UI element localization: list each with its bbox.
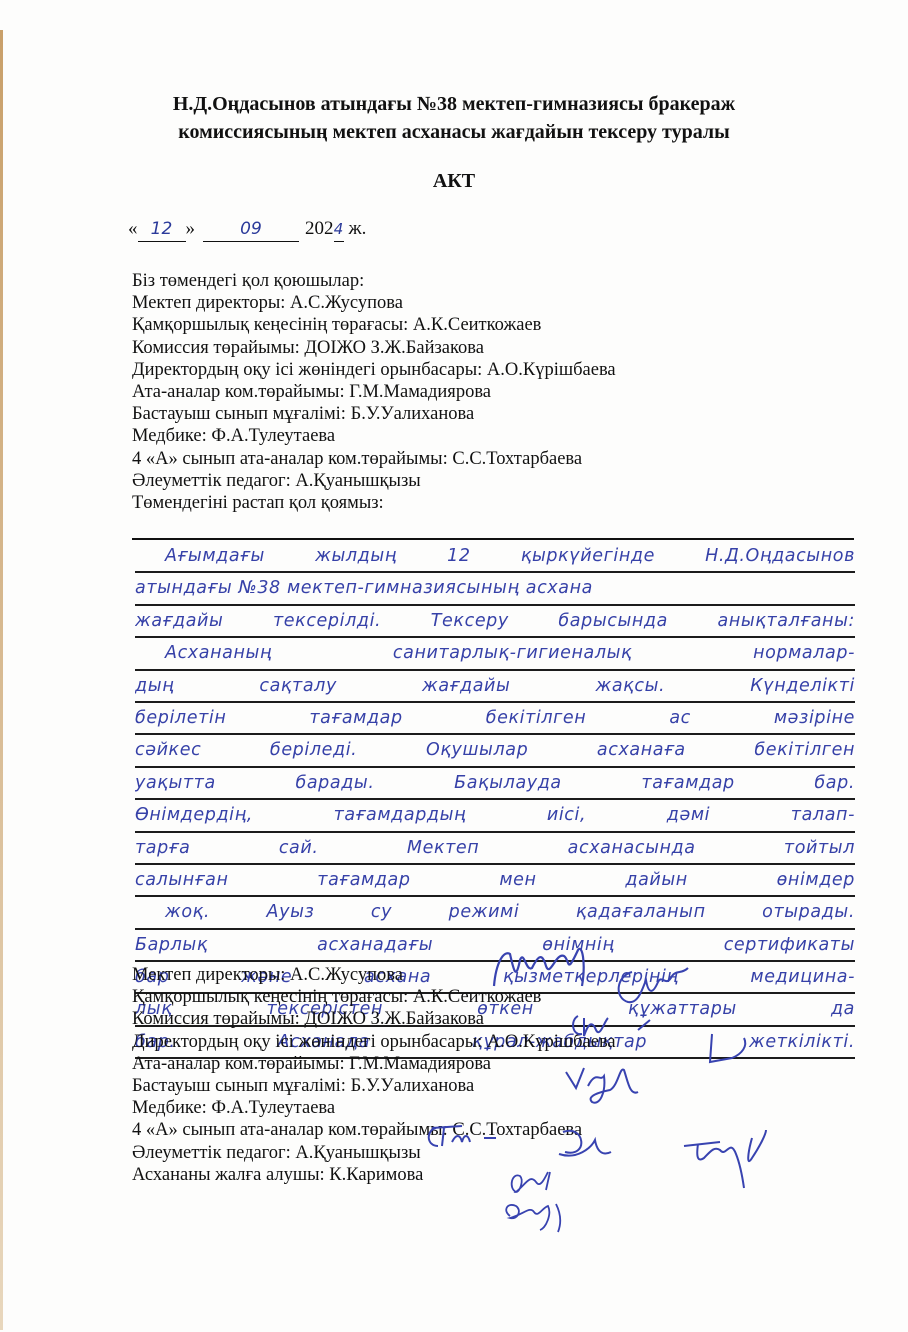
- handwritten-line: жағдайы тексерілді. Тексеру барысында ан…: [135, 606, 855, 638]
- handwritten-line: жоқ. Ауыз су режимі қадағаланып отырады.: [135, 897, 855, 929]
- signature-mark: [486, 942, 596, 994]
- signature-mark: [422, 1122, 502, 1152]
- participant-line: Бастауыш сынып мұғалімі: Б.У.Уалиханова: [132, 403, 616, 425]
- date-suffix: ж.: [349, 218, 367, 240]
- signature-mark: [506, 1166, 556, 1198]
- signatory-line: Медбике: Ф.А.Тулеутаева: [132, 1097, 616, 1119]
- signatory-line: Комиссия төрайымы: ДОІЖО З.Ж.Байзакова: [132, 1008, 616, 1030]
- intro-participant-list: Біз төмендегі қол қоюшылар: Мектеп дирек…: [132, 270, 616, 514]
- date-year-prefix: 202: [305, 218, 334, 240]
- signatory-line: Ата-аналар ком.төрайымы: Г.М.Мамадиярова: [132, 1053, 616, 1075]
- handwritten-line: берілетін тағамдар бекітілген ас мәзірін…: [135, 703, 855, 735]
- handwritten-line: Өнімдердің, тағамдардың иісі, дәмі талап…: [135, 800, 855, 832]
- participant-line: Әлеуметтік педагог: А.Қуанышқызы: [132, 470, 616, 492]
- document-page: Н.Д.Оңдасынов атындағы №38 мектеп-гимназ…: [0, 0, 908, 1332]
- document-title-line-1: Н.Д.Оңдасынов атындағы №38 мектеп-гимназ…: [0, 90, 908, 119]
- confirmation-line: Төмендегіні растап қол қоямыз:: [132, 492, 616, 514]
- handwritten-line: атындағы №38 мектеп-гимназиясының асхана: [135, 573, 855, 605]
- handwritten-line: дың сақталу жағдайы жақсы. Күнделікті: [135, 671, 855, 703]
- date-close-quote: »: [186, 218, 196, 240]
- signatory-list: Мектеп директоры: А.С.Жусупова Қамқоршыл…: [132, 964, 616, 1186]
- handwritten-line: Асхананың санитарлық-гигиеналық нормалар…: [135, 638, 855, 670]
- intro-line: Біз төмендегі қол қоюшылар:: [132, 270, 616, 292]
- signature-mark: [568, 1010, 668, 1040]
- document-title-line-2: комиссиясының мектеп асханасы жағдайын т…: [0, 118, 908, 147]
- signature-mark: [555, 1122, 615, 1164]
- handwritten-line: салынған тағамдар мен дайын өнімдер: [135, 865, 855, 897]
- signature-mark: [702, 1028, 752, 1068]
- signature-mark: [680, 1128, 770, 1208]
- handwritten-line: сәйкес беріледі. Оқушылар асханаға бекіт…: [135, 735, 855, 767]
- handwritten-line: уақытта барады. Бақылауда тағамдар бар.: [135, 768, 855, 800]
- participant-line: Комиссия төрайымы: ДОІЖО З.Ж.Байзакова: [132, 337, 616, 359]
- signatory-line: Әлеуметтік педагог: А.Қуанышқызы: [132, 1142, 616, 1164]
- participant-line: Ата-аналар ком.төрайымы: Г.М.Мамадиярова: [132, 381, 616, 403]
- date-year-digit: 4: [334, 219, 344, 242]
- date-line: « 12 » 09 2024 ж.: [128, 218, 366, 242]
- signatory-line: Бастауыш сынып мұғалімі: Б.У.Уалиханова: [132, 1075, 616, 1097]
- signatory-line: 4 «А» сынып ата-аналар ком.төрайымы: С.С…: [132, 1119, 616, 1141]
- handwritten-line: тарға сай. Мектеп асханасында тойтыл: [135, 833, 855, 865]
- participant-line: Мектеп директоры: А.С.Жусупова: [132, 292, 616, 314]
- date-open-quote: «: [128, 218, 138, 240]
- participant-line: Медбике: Ф.А.Тулеутаева: [132, 425, 616, 447]
- handwritten-line: Ағымдағы жылдың 12 қыркүйегінде Н.Д.Оңда…: [135, 541, 855, 573]
- participant-line: Директордың оқу ісі жөніндегі орынбасары…: [132, 359, 616, 381]
- signatory-line: Директордың оқу ісі жөніндегі орынбасары…: [132, 1031, 616, 1053]
- signature-mark: [612, 962, 692, 1010]
- date-day: 12: [138, 219, 186, 242]
- participant-line: 4 «А» сынып ата-аналар ком.төрайымы: С.С…: [132, 448, 616, 470]
- signature-mark: [560, 1062, 660, 1122]
- date-month: 09: [203, 219, 299, 242]
- section-divider: [132, 538, 854, 540]
- participant-line: Қамқоршылық кеңесінің төрағасы: А.К.Сеит…: [132, 314, 616, 336]
- document-heading: АКТ: [0, 167, 908, 196]
- signature-mark: [500, 1196, 580, 1236]
